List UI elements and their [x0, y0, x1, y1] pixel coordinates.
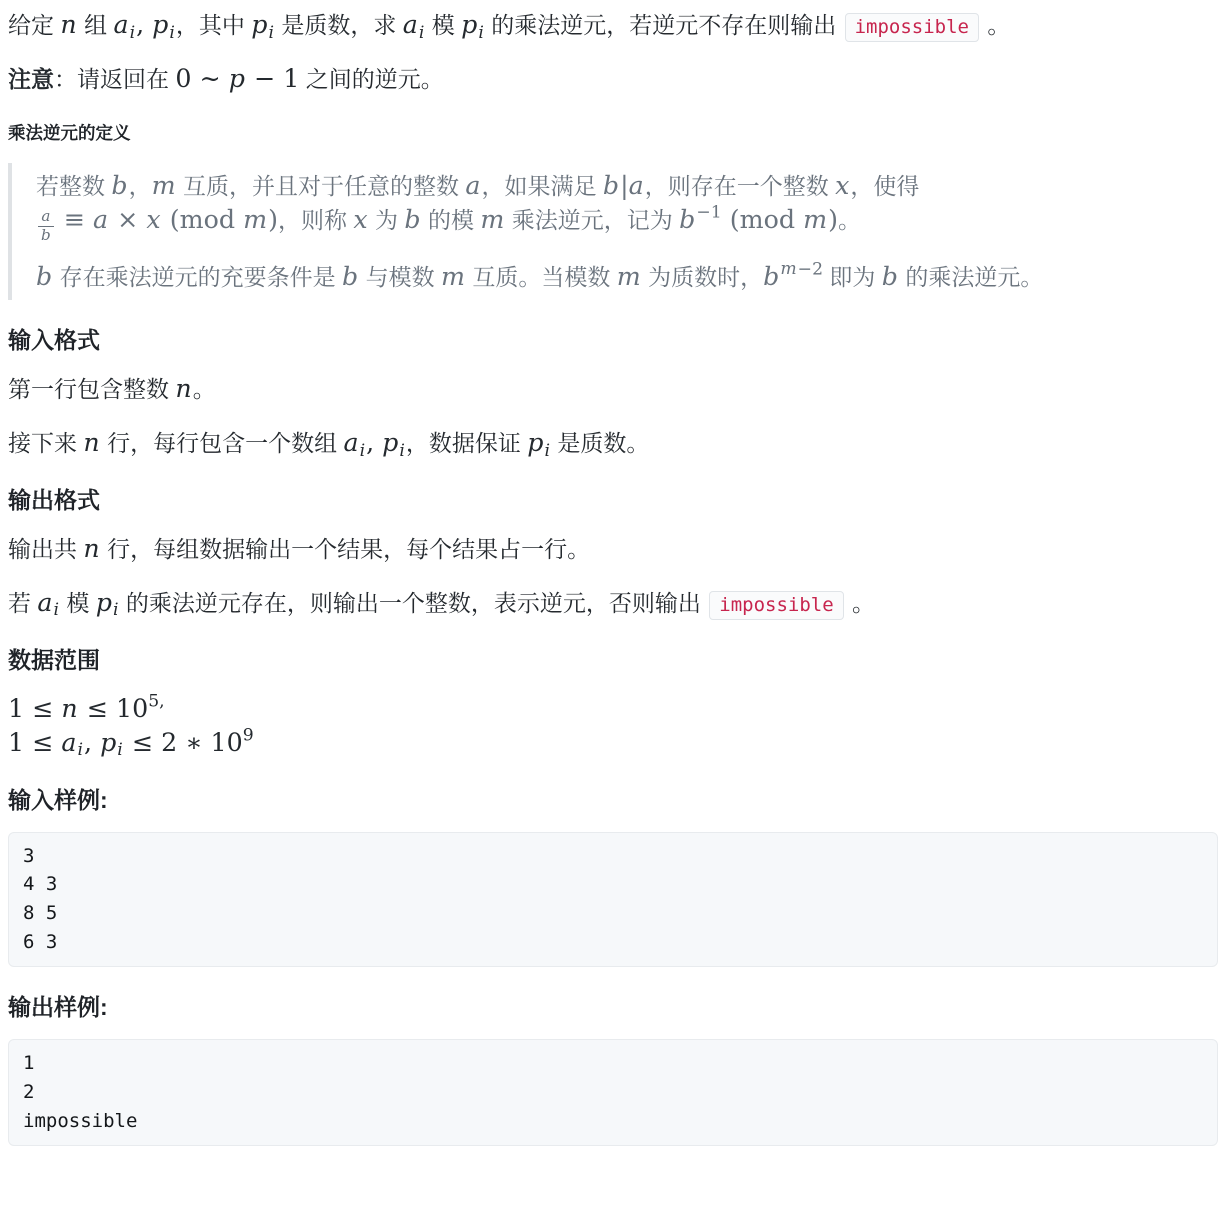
math-inline: ai [37, 588, 60, 617]
math-inline: 1 ≤ n ≤ 105, [8, 694, 165, 723]
definition-paragraph-2: b 存在乘法逆元的充要条件是 b 与模数 m 互质。当模数 m 为质数时，bm−… [36, 260, 1194, 294]
math-inline: n [60, 10, 77, 39]
output-sample-code-text: 1 2 impossible [23, 1052, 137, 1132]
math-inline: a [465, 171, 481, 200]
output-format-paragraph-1: 输出共 n 行，每组数据输出一个结果，每个结果占一行。 [8, 532, 1218, 566]
output-sample-heading: 输出样例: [8, 993, 1218, 1023]
math-inline: 1 ≤ ai, pi ≤ 2 ∗ 109 [8, 728, 254, 757]
math-inline: n [175, 374, 192, 403]
math-inline: bm−2 [763, 262, 823, 291]
math-inline: b [882, 262, 899, 291]
intro-paragraph: 给定 n 组 ai, pi，其中 pi 是质数，求 ai 模 pi 的乘法逆元，… [8, 8, 1218, 42]
definition-paragraph-1: 若整数 b，m 互质，并且对于任意的整数 a，如果满足 b|a，则存在一个整数 … [36, 169, 1194, 244]
input-format-paragraph-1: 第一行包含整数 n。 [8, 372, 1218, 406]
output-format-paragraph-2: 若 ai 模 pi 的乘法逆元存在，则输出一个整数，表示逆元，否则输出 impo… [8, 586, 1218, 620]
math-inline: n [83, 428, 100, 457]
math-inline: b [36, 262, 53, 291]
math-inline: pi [251, 10, 275, 39]
math-inline: ≡ a × x (mod m) [56, 205, 278, 234]
data-range-heading: 数据范围 [8, 646, 1218, 676]
math-inline: ai, pi [343, 428, 405, 457]
math-inline: x [835, 171, 850, 200]
input-format-paragraph-2: 接下来 n 行，每行包含一个数组 ai, pi，数据保证 pi 是质数。 [8, 426, 1218, 460]
math-inline: m [152, 171, 177, 200]
math-fraction: ab [38, 209, 54, 244]
data-range-paragraph: 1 ≤ n ≤ 105,1 ≤ ai, pi ≤ 2 ∗ 109 [8, 692, 1218, 760]
math-inline: b|a [603, 171, 645, 200]
math-inline: pi [96, 588, 120, 617]
math-inline: n [83, 534, 100, 563]
input-sample-code: 3 4 3 8 5 6 3 [8, 832, 1218, 968]
input-format-heading: 输入格式 [8, 326, 1218, 356]
note-paragraph: 注意：请返回在 0 ∼ p − 1 之间的逆元。 [8, 62, 1218, 96]
math-inline: ai [403, 10, 426, 39]
math-inline: 0 ∼ p − 1 [175, 64, 299, 93]
problem-statement: 给定 n 组 ai, pi，其中 pi 是质数，求 ai 模 pi 的乘法逆元，… [8, 8, 1218, 1146]
math-inline: b [404, 205, 421, 234]
math-inline: m [617, 262, 642, 291]
math-inline: b−1 (mod m) [679, 205, 838, 234]
output-sample-code: 1 2 impossible [8, 1039, 1218, 1146]
math-inline: b [342, 262, 359, 291]
math-inline: b [111, 171, 128, 200]
inline-code-badge: impossible [845, 13, 979, 42]
math-inline: pi [527, 428, 551, 457]
definition-heading: 乘法逆元的定义 [8, 122, 1218, 145]
math-inline: m [441, 262, 466, 291]
output-format-heading: 输出格式 [8, 486, 1218, 516]
definition-blockquote: 若整数 b，m 互质，并且对于任意的整数 a，如果满足 b|a，则存在一个整数 … [8, 163, 1218, 300]
input-sample-code-text: 3 4 3 8 5 6 3 [23, 845, 57, 954]
math-inline: m [480, 205, 505, 234]
math-inline: x [353, 205, 368, 234]
math-inline: ai, pi [113, 10, 175, 39]
math-inline: pi [461, 10, 485, 39]
bold-label: 注意 [8, 66, 54, 92]
input-sample-heading: 输入样例: [8, 786, 1218, 816]
inline-code-badge: impossible [709, 591, 843, 620]
